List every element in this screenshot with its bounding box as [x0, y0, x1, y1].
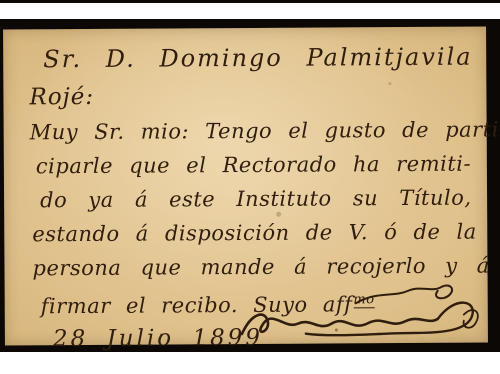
body-line: Muy Sr. mio: Tengo el gusto de parti- [30, 113, 483, 150]
body-line: ciparle que el Rectorado ha remiti- [30, 147, 483, 184]
handwritten-text: Sr. D. Domingo Palmitjavila Rojé: Muy Sr… [3, 27, 488, 356]
body-line: estando á disposición de V. ó de la [30, 215, 483, 252]
address-line-2: Rojé: [29, 77, 482, 116]
closing-text: firmar el recibo. Suyo aff [41, 292, 353, 318]
closing-line: firmar el recibo. Suyo affmo [31, 283, 484, 324]
card-frame: Sr. D. Domingo Palmitjavila Rojé: Muy Sr… [0, 19, 500, 352]
photograph: Sr. D. Domingo Palmitjavila Rojé: Muy Sr… [0, 0, 500, 374]
postcard: Sr. D. Domingo Palmitjavila Rojé: Muy Sr… [3, 27, 488, 346]
photo-top-edge [0, 0, 500, 3]
address-line: Sr. D. Domingo Palmitjavila [29, 37, 482, 80]
closing-superscript: mo [353, 292, 374, 308]
body-line: do ya á este Instituto su Título, [30, 181, 483, 218]
date-text: 28 Julio 1899 [31, 322, 263, 355]
